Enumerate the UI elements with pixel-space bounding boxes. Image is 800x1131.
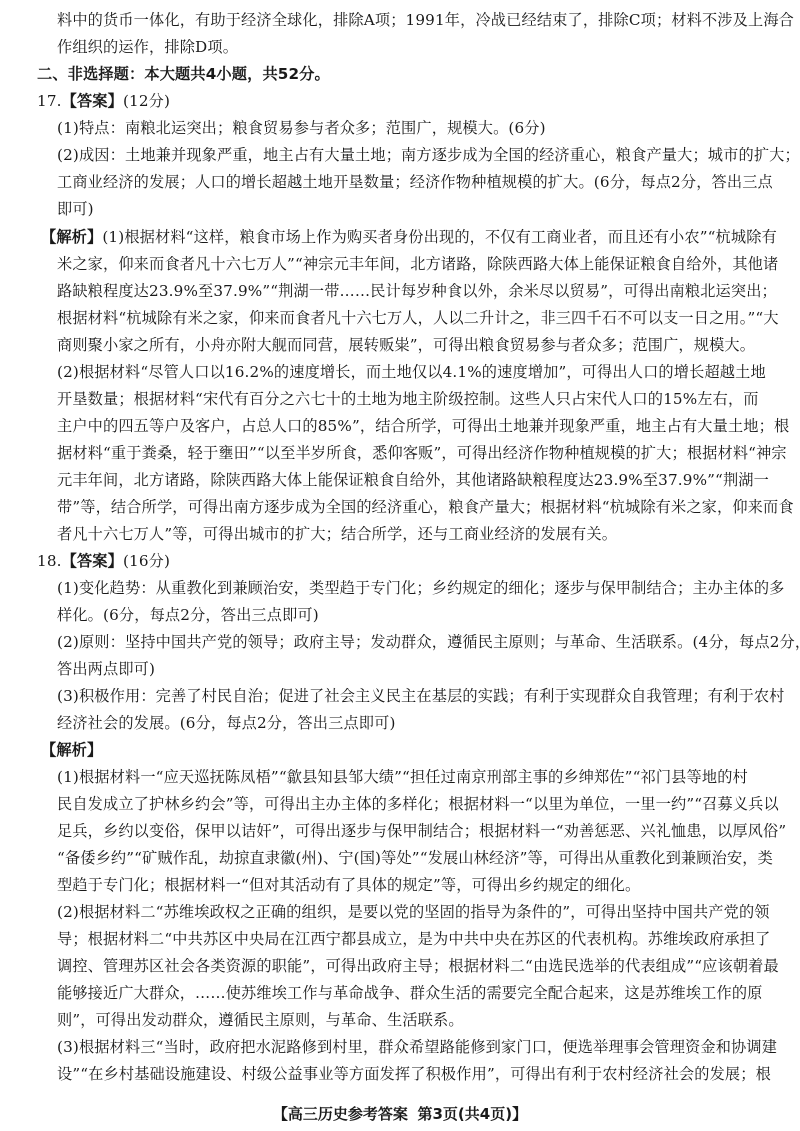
text-line: “备倭乡约”“矿贼作乱，劫掠直隶徽(州)、宁(国)等处”“发展山林经济”等，可得… — [57, 848, 769, 868]
text-line: (2)根据材料“尽管人口以16.2%的速度增长，而土地仅以4.1%的速度增加”，… — [57, 362, 769, 382]
text-line: 路缺粮程度达23.9%至37.9%”“荆湖一带……民计每岁种食以外，余米尽以贸易… — [57, 281, 769, 301]
text-line: (1)特点：南粮北运突出；粮食贸易参与者众多；范围广，规模大。(6分) — [57, 118, 769, 138]
analysis-text: (1)根据材料“这样，粮食市场上作为购买者身份出现的，不仅有工商业者，而且还有小… — [102, 228, 777, 246]
text-line: (3)积极作用：完善了村民自治；促进了社会主义民主在基层的实践；有利于实现群众自… — [57, 686, 769, 706]
text-line: 带”等，结合所学，可得出南方逐步成为全国的经济重心，粮食产量大；根据材料“杭城除… — [57, 497, 769, 517]
text-line: 设”“在乡村基础设施建设、村级公益事业等方面发挥了积极作用”，可得出有利于农村经… — [57, 1064, 769, 1084]
text-line: 工商业经济的发展；人口的增长超越土地开垦数量；经济作物种植规模的扩大。(6分，每… — [57, 172, 769, 192]
score: (12分) — [123, 92, 170, 110]
text-line: 商则聚小家之所有，小舟亦附大舰而同营，展转贩粜”，可得出粮食贸易参与者众多；范围… — [57, 335, 769, 355]
question-17-answer-heading: 17.【答案】(12分) — [37, 91, 749, 111]
text-line: 米之家，仰来而食者凡十六七万人”“神宗元丰年间，北方诸路，除陕西路大体上能保证粮… — [57, 254, 769, 274]
text-line: (2)根据材料二“苏维埃政权之正确的组织，是要以党的坚固的指导为条件的”，可得出… — [57, 902, 769, 922]
answer-tag: 【答案】 — [62, 92, 123, 110]
question-18-analysis: 【解析】 — [41, 740, 753, 760]
footer-title: 【高三历史参考答案 — [273, 1105, 408, 1123]
text-line: 即可) — [57, 199, 769, 219]
text-line: 则”，可得出发动群众，遵循民主原则，与革命、生活联系。 — [57, 1010, 769, 1030]
text-line: (2)成因：土地兼并现象严重，地主占有大量土地；南方逐步成为全国的经济重心，粮食… — [57, 145, 769, 165]
text-line: 导；根据材料二“中共苏区中央局在江西宁都县成立，是为中共中央在苏区的代表机构。苏… — [57, 929, 769, 949]
answer-tag: 【答案】 — [62, 552, 123, 570]
text-line: (3)根据材料三“当时，政府把水泥路修到村里，群众希望路能修到家门口，便选举理事… — [57, 1037, 769, 1057]
text-line: 答出两点即可) — [57, 659, 769, 679]
analysis-tag: 【解析】 — [41, 228, 102, 246]
text-line: 型趋于专门化；根据材料一“但对其活动有了具体的规定”等，可得出乡约规定的细化。 — [57, 875, 769, 895]
section-heading: 二、非选择题：本大题共4小题，共52分。 — [37, 64, 749, 84]
text-line: 开垦数量；根据材料“宋代有百分之六七十的土地为地主阶级控制。这些人只占宋代人口的… — [57, 389, 769, 409]
text-line: 据材料“重于粪桑，轻于壅田”“以至半岁所食，悉仰客贩”，可得出经济作物种植规模的… — [57, 443, 769, 463]
text-line: 样化。(6分，每点2分，答出三点即可) — [57, 605, 769, 625]
text-line: 者凡十六七万人”等，可得出城市的扩大；结合所学，还与工商业经济的发展有关。 — [57, 524, 769, 544]
text-line: 元丰年间，北方诸路，除陕西路大体上能保证粮食自给外，其他诸路缺粮程度达23.9%… — [57, 470, 769, 490]
question-number: 18. — [37, 552, 62, 570]
page-footer: 【高三历史参考答案 第3页(共4页)】 — [0, 1104, 800, 1124]
question-number: 17. — [37, 92, 62, 110]
text-line: 能够接近广大群众，……使苏维埃工作与革命战争、群众生活的需要完全配合起来，这是苏… — [57, 983, 769, 1003]
text-line: 主户中的四五等户及客户，占总人口的85%”，结合所学，可得出土地兼并现象严重，地… — [57, 416, 769, 436]
text-line: 作组织的运作，排除D项。 — [57, 37, 769, 57]
text-line: 经济社会的发展。(6分，每点2分，答出三点即可) — [57, 713, 769, 733]
text-line: (1)变化趋势：从重教化到兼顾治安，类型趋于专门化；乡约规定的细化；逐步与保甲制… — [57, 578, 769, 598]
analysis-tag: 【解析】 — [41, 741, 102, 759]
question-17-analysis: 【解析】(1)根据材料“这样，粮食市场上作为购买者身份出现的，不仅有工商业者，而… — [41, 227, 753, 247]
text-line: 足兵，乡约以变俗，保甲以诘奸”，可得出逐步与保甲制结合；根据材料一“劝善惩恶、兴… — [57, 821, 769, 841]
text-line: (2)原则：坚持中国共产党的领导；政府主导；发动群众，遵循民主原则；与革命、生活… — [57, 632, 769, 652]
document-page: 料中的货币一体化，有助于经济全球化，排除A项；1991年，冷战已经结束了，排除C… — [0, 0, 800, 1131]
text-line: 料中的货币一体化，有助于经济全球化，排除A项；1991年，冷战已经结束了，排除C… — [57, 10, 769, 30]
question-18-answer-heading: 18.【答案】(16分) — [37, 551, 749, 571]
text-line: 民自发成立了护林乡约会”等，可得出主办主体的多样化；根据材料一“以里为单位，一里… — [57, 794, 769, 814]
footer-page-number: 第3页(共4页)】 — [417, 1105, 527, 1123]
text-line: 调控、管理苏区社会各类资源的职能”，可得出政府主导；根据材料二“由选民选举的代表… — [57, 956, 769, 976]
score: (16分) — [123, 552, 170, 570]
text-line: 根据材料“杭城除有米之家，仰来而食者凡十六七万人，人以二升计之，非三四千石不可以… — [57, 308, 769, 328]
text-line: (1)根据材料一“应天巡抚陈凤梧”“歙县知县邹大绩”“担任过南京刑部主事的乡绅郑… — [57, 767, 769, 787]
